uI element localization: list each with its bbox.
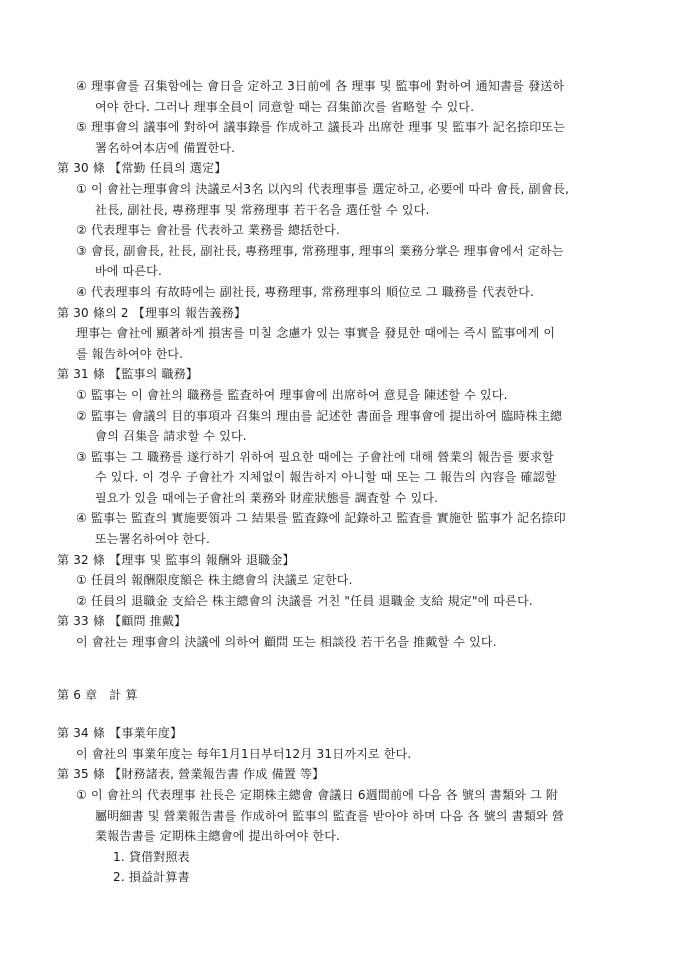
document-line: 또는署名하여야 한다. — [57, 529, 657, 550]
document-line: ③ 監事는 그 職務를 遂行하기 위하여 필요한 때에는 子會社에 대해 營業의… — [57, 447, 657, 468]
document-line: 이 會社의 事業年度는 每年1月1日부터12月 31日까지로 한다. — [57, 744, 657, 765]
scanned-document-page: ④ 理事會를 召集함에는 會日을 定하고 3日前에 各 理事 및 監事에 對하여… — [0, 0, 680, 962]
document-line: 署名하여本店에 備置한다. — [57, 138, 657, 159]
document-line: ③ 會長, 副會長, 社長, 副社長, 專務理事, 常務理事, 理事의 業務分掌… — [57, 241, 657, 262]
document-line: ② 監事는 會議의 目的事項과 召集의 理由를 記述한 書面을 理事會에 提出하… — [57, 406, 657, 427]
document-line: ④ 監事는 監査의 實施要領과 그 結果를 監査錄에 記錄하고 監査를 實施한 … — [57, 508, 657, 529]
article-heading: 第 31 條 【監事의 職務】 — [57, 364, 657, 385]
numbered-list-item: 2. 損益計算書 — [57, 867, 657, 888]
article-heading: 第 30 條 【常勤 任員의 選定】 — [57, 158, 657, 179]
document-line: 이 會社는 理事會의 決議에 의하여 顧問 또는 相談役 若干名을 推戴할 수 … — [57, 632, 657, 653]
article-heading: 第 33 條 【顧問 推戴】 — [57, 611, 657, 632]
document-line: 業報告書를 定期株主總會에 提出하여야 한다. — [57, 826, 657, 847]
document-line: ① 이 會社는理事會의 決議로서3名 以內의 代表理事를 選定하고, 必要에 따… — [57, 179, 657, 200]
article-heading: 第 32 條 【理事 및 監事의 報酬와 退職金】 — [57, 550, 657, 571]
document-line: ① 監事는 이 會社의 職務를 監査하여 理事會에 出席하여 意見을 陳述할 수… — [57, 385, 657, 406]
document-line: 를 報告하여야 한다. — [57, 344, 657, 365]
document-line: 會의 召集을 請求할 수 있다. — [57, 426, 657, 447]
document-line: ④ 理事會를 召集함에는 會日을 定하고 3日前에 各 理事 및 監事에 對하여… — [57, 76, 657, 97]
numbered-list-item: 1. 貸借對照表 — [57, 847, 657, 868]
document-line: 수 있다. 이 경우 子會社가 지체없이 報告하지 아니할 때 또는 그 報告의… — [57, 467, 657, 488]
article-heading: 第 34 條 【事業年度】 — [57, 723, 657, 744]
document-line: 理事는 會社에 顯著하게 損害를 미칠 念慮가 있는 事實을 發見한 때에는 즉… — [57, 323, 657, 344]
document-line: 필요가 있을 때에는子會社의 業務와 財産狀態를 調査할 수 있다. — [57, 488, 657, 509]
document-line: ⑤ 理事會의 議事에 對하여 議事錄를 作成하고 議長과 出席한 理事 및 監事… — [57, 117, 657, 138]
document-line: 여야 한다. 그러나 理事全員이 同意할 때는 召集節次를 省略할 수 있다. — [57, 97, 657, 118]
document-line: 社長, 副社長, 專務理事 및 常務理事 若干名을 選任할 수 있다. — [57, 200, 657, 221]
document-line: ② 任員의 退職金 支給은 株主總會의 決議를 거친 "任員 退職金 支給 規定… — [57, 591, 657, 612]
document-line: ① 任員의 報酬限度額은 株主總會의 決議로 定한다. — [57, 570, 657, 591]
document-line: ④ 代表理事의 有故時에는 副社長, 專務理事, 常務理事의 順位로 그 職務를… — [57, 282, 657, 303]
document-body: ④ 理事會를 召集함에는 會日을 定하고 3日前에 各 理事 및 監事에 對하여… — [57, 76, 657, 888]
document-line: 屬明細書 및 營業報告書를 作成하여 監事의 監査를 받아야 하며 다음 各 號… — [57, 806, 657, 827]
article-heading: 第 30 條의 2 【理事의 報告義務】 — [57, 303, 657, 324]
document-line: ② 代表理事는 會社를 代表하고 業務를 總括한다. — [57, 220, 657, 241]
article-heading: 第 35 條 【財務諸表, 營業報告書 作成 備置 等】 — [57, 764, 657, 785]
chapter-heading: 第 6 章 計 算 — [57, 685, 657, 706]
document-line: 바에 따른다. — [57, 261, 657, 282]
document-line: ① 이 會社의 代表理事 社長은 定期株主總會 會議日 6週間前에 다음 各 號… — [57, 785, 657, 806]
